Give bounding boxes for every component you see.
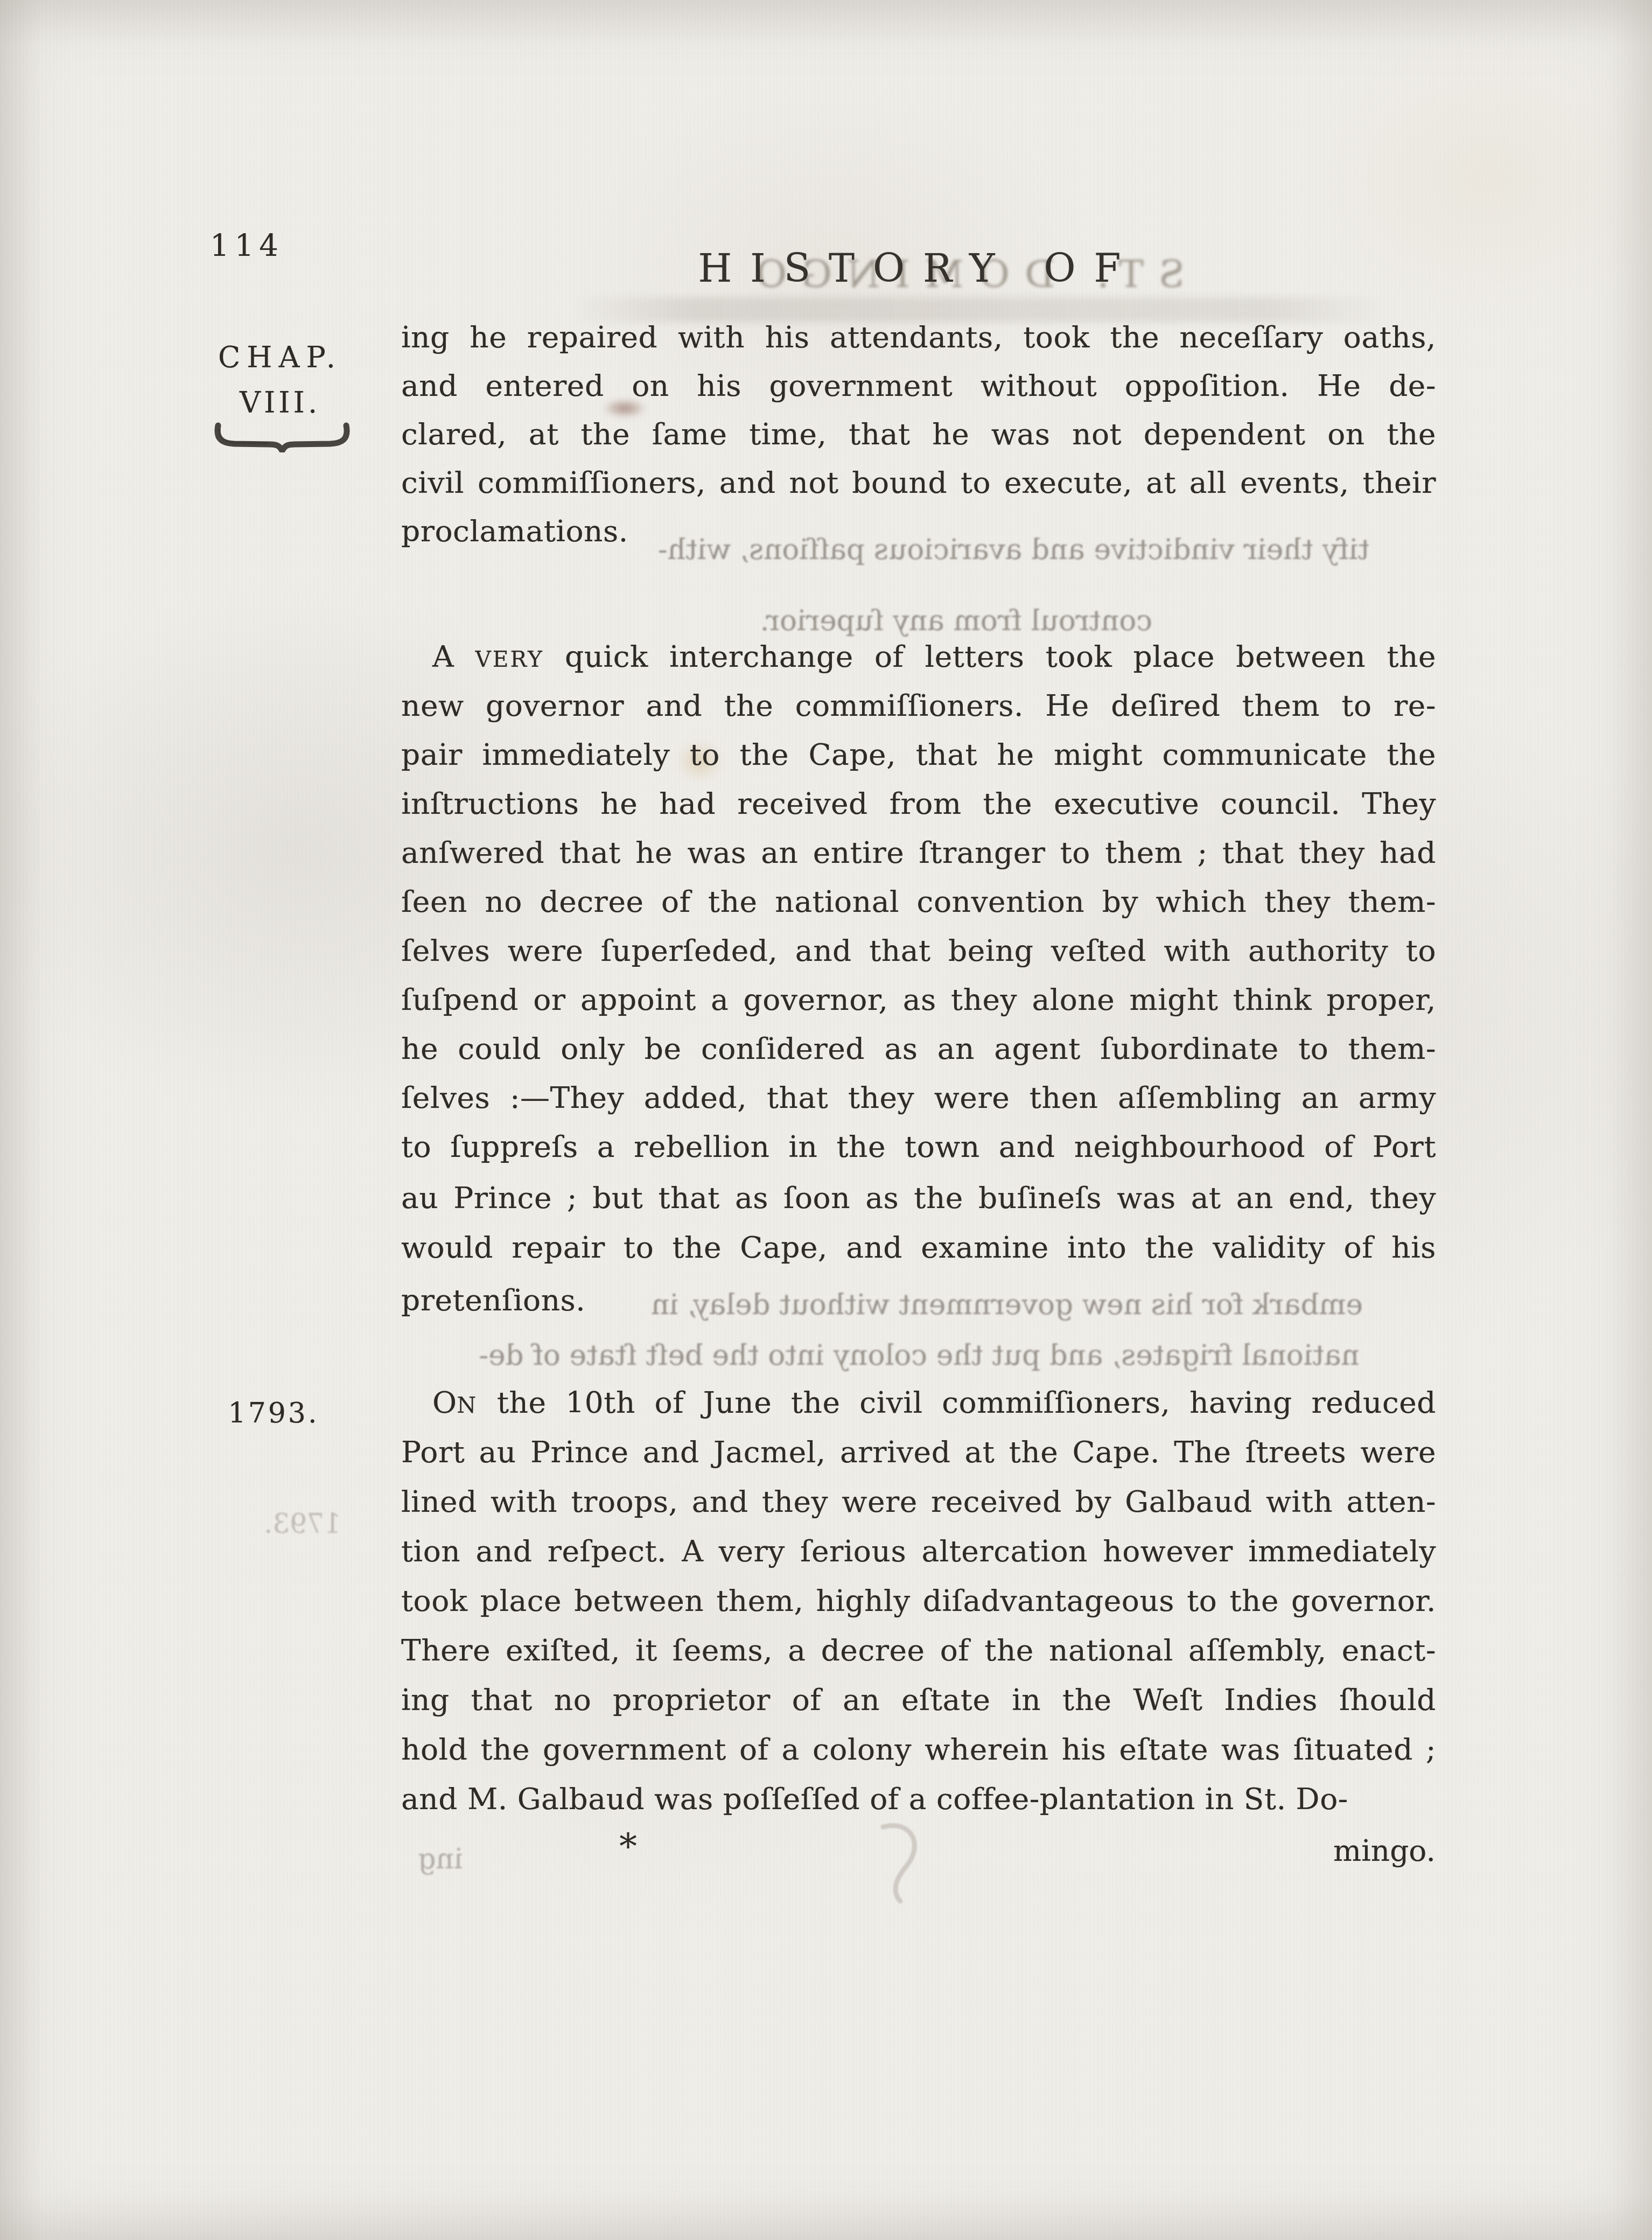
text-line: Port au Prince and Jacmel, arrived at th… [401, 1434, 1436, 1471]
showthrough-year: 1793. [249, 1508, 356, 1539]
catchword: mingo. [1238, 1833, 1436, 1868]
text-line: and M. Galbaud was poſſeſſed of a coffee… [401, 1781, 1436, 1818]
showthrough-line: controul from any ſuperior. [797, 604, 1152, 637]
book-page: ST. DOMINGO tify their vindictive and av… [0, 0, 1652, 2240]
text-line: proclamations. [401, 513, 1436, 550]
chapter-label: CHAP. [215, 340, 345, 374]
text-line: he could only be conſidered as an agent … [401, 1030, 1436, 1067]
text-line: ſeen no decree of the national conventio… [401, 883, 1436, 920]
page-number: 114 [210, 228, 284, 263]
text-line: ſuſpend or appoint a governor, as they a… [401, 981, 1436, 1018]
text-line: au Prince ; but that as ſoon as the buſi… [401, 1180, 1436, 1217]
text-line: inſtructions he had received from the ex… [401, 785, 1436, 822]
text-line: and entered on his government without op… [401, 367, 1436, 404]
text-line: ON the 10th of June the civil commiſſion… [401, 1384, 1436, 1421]
text-line: to ſuppreſs a rebellion in the town and … [401, 1128, 1436, 1166]
chapter-numeral: VIII. [215, 386, 345, 420]
showthrough-line: national frigates, and put the colony in… [403, 1339, 1436, 1372]
signature-mark: * [619, 1826, 637, 1867]
text-line: took place between them, highly diſadvan… [401, 1582, 1436, 1620]
running-header: HISTORY OF [401, 246, 1436, 291]
text-line: pair immediately to the Cape, that he mi… [401, 736, 1436, 773]
text-line: ſelves :—They added, that they were then… [401, 1079, 1436, 1116]
text-line: hold the government of a colony wherein … [401, 1731, 1436, 1768]
chapter-brace-ornament [214, 421, 350, 452]
text-line: new governor and the commiſſioners. He d… [401, 687, 1436, 724]
text-line: tion and reſpect. A very ſerious alterca… [401, 1533, 1436, 1570]
text-line: civil commiſſioners, and not bound to ex… [401, 464, 1436, 501]
text-line: A VERY quick interchange of letters took… [401, 638, 1436, 675]
text-line: anſwered that he was an entire ſtranger … [401, 834, 1436, 871]
text-line: ing he repaired with his attendants, too… [401, 319, 1436, 356]
text-line: ing that no proprietor of an eſtate in t… [401, 1681, 1436, 1719]
text-line: There exiſted, it ſeems, a decree of the… [401, 1632, 1436, 1669]
showthrough-fragment: ing [408, 1843, 473, 1875]
margin-year: 1793. [209, 1397, 338, 1429]
text-line: clared, at the ſame time, that he was no… [401, 416, 1436, 453]
text-line: ſelves were ſuperſeded, and that being v… [401, 932, 1436, 969]
text-line: would repair to the Cape, and examine in… [401, 1229, 1436, 1266]
text-line: pretenſions. [401, 1282, 1436, 1319]
text-line: lined with troops, and they were receive… [401, 1483, 1436, 1520]
showthrough-mark [862, 1820, 942, 1907]
